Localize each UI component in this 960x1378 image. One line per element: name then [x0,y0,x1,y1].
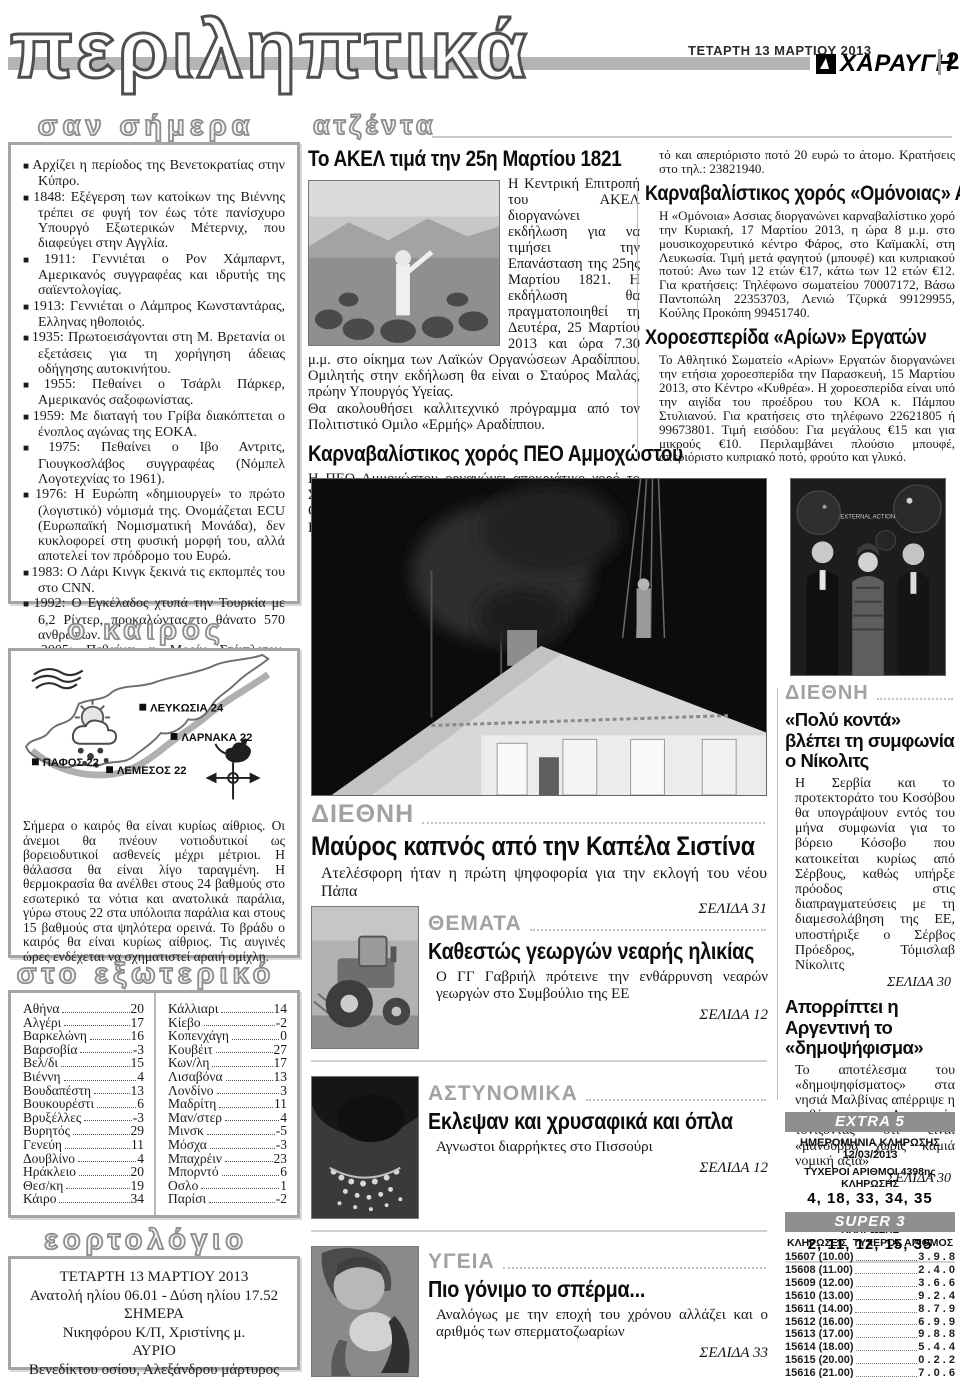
page-number-divider [938,49,941,75]
city-temp: 15 [131,1056,145,1070]
nameday-line: Ανατολή ηλίου 06.01 - Δύση ηλίου 17.52 [11,1287,297,1306]
ygeia-section: ΥΓΕΙΑ Πιο γόνιμο το σπέρμα... Αναλόγως μ… [428,1250,768,1362]
feature-headline: Καθεστώς γεωργών νεαρής ηλικίας [428,938,768,965]
dot-leader [94,1084,129,1095]
page-reference: ΣΕΛΙΔΑ 12 [428,1007,768,1024]
city-name: Λονδίνο [168,1084,214,1098]
city-name: Μινσκ [168,1124,204,1138]
nameday-line: Νικηφόρου Κ/Π, Χριστίνης μ. [11,1324,297,1343]
dot-leader [221,1002,272,1013]
dotted-rule [422,822,765,824]
page-number-box: 2 [938,48,959,76]
dot-leader [80,1043,131,1054]
article-headline: Χοροεσπερίδα «Αρίων» Εργατών [645,326,955,350]
feature-subtitle: Ατελέσφορη ήταν η πρώτη ψηφοφορία για τη… [311,865,767,901]
photo-sistine-chapel-smoke [311,478,767,796]
temperature-row: Δουβλίνο4 [23,1152,144,1166]
dot-leader [226,1070,273,1081]
super3-row: 15615 (20.00)0 . 2 . 2 [785,1354,955,1367]
city-temp: 20 [131,1002,145,1016]
nameday-line: ΑΥΡΙΟ [11,1342,297,1361]
section-label: ΥΓΕΙΑ [428,1250,495,1274]
dotted-rule [530,929,766,931]
list-item-text: 1983: Ο Λάρι Κινγκ ξεκινά τις εκπομπές τ… [31,565,285,596]
city-name: Κουβέιτ [168,1043,213,1057]
temperature-row: Αλγέρι17 [23,1016,144,1030]
draw-id: 15608 (11.00) [785,1264,853,1277]
dot-leader [201,1179,279,1190]
list-item: ■1983: Ο Λάρι Κινγκ ξεκινά τις εκπομπές … [23,565,285,597]
temperature-row: Λονδίνο3 [168,1084,287,1098]
city-temp: 29 [131,1124,145,1138]
temperature-row: Μπαχρέιν23 [168,1152,287,1166]
list-item-text: 1976: Η Ευρώπη «δημιουργεί» το πρώτο (λο… [35,487,285,564]
agenda-rule [432,136,952,138]
page-reference: ΣΕΛΙΔΑ 12 [428,1160,768,1177]
abroad-column-2: Κάλλιαρι14 Κίεβο-2 Κοπενχάγη0 Κουβέιτ27 … [154,993,297,1215]
city-temp: 13 [274,1070,288,1084]
city-temp: 3 [280,1084,287,1098]
draw-number: 5 . 4 . 4 [918,1341,955,1354]
city-name: Δουβλίνο [23,1152,75,1166]
city-name: Κοπενχάγη [168,1029,229,1043]
city-temp: 0 [280,1029,287,1043]
city-name: Ηράκλειο [23,1165,76,1179]
namedays-box: ΤΕΤΑΡΤΗ 13 ΜΑΡΤΙΟΥ 2013 Ανατολή ηλίου 06… [8,1256,300,1370]
super3-row: 15609 (12.00)3 . 6 . 6 [785,1277,955,1290]
temperature-row: Βαρκελώνη16 [23,1029,144,1043]
city-temp: -2 [276,1016,287,1030]
diethni-main-section: ΔΙΕΘΝΗ Μαύρος καπνός από την Καπέλα Σιστ… [311,800,767,918]
namedays-title: εορτολόγιο [0,1224,292,1257]
article-headline: Καρναβαλίστικος χορός ΠΕΟ Αμμοχώστου [308,441,640,467]
section-kicker-row: ΥΓΕΙΑ [428,1250,768,1274]
city-name: Μαδρίτη [168,1097,216,1111]
article-body: Η «Ομόνοια» Ασσιας διοργανώνει καρναβαλί… [645,209,955,320]
temperature-row: Λισαβόνα13 [168,1070,287,1084]
list-item: ■Αρχίζει η περίοδος της Βενετοκρατίας στ… [23,158,285,190]
super3-col-number: ΤΥΧΕΡΟΣ ΑΡΙΘΜΟΣ [853,1237,953,1249]
city-name: Κων/λη [168,1056,209,1070]
dot-leader [65,1138,130,1149]
dot-leader [856,1354,918,1364]
city-temp: 20 [131,1165,145,1179]
draw-id: 15616 (21.00) [785,1367,854,1378]
dot-leader [84,1111,132,1122]
city-temp: 1 [280,1179,287,1193]
list-item: ■1976: Η Ευρώπη «δημιουργεί» το πρώτο (λ… [23,487,285,564]
photo-tractor-field [311,906,419,1049]
page-reference: ΣΕΛΙΔΑ 30 [785,975,951,991]
draw-id: 15614 (18.00) [785,1341,854,1354]
super3-row: 15607 (10.00)3 . 9 . 8 [785,1251,955,1264]
bullet-square-icon: ■ [23,380,42,391]
dot-leader [62,1002,129,1013]
super3-table-header: ΚΛΗΡΩΣΕΙΣ ΤΥΧΕΡΟΣ ΑΡΙΘΜΟΣ [787,1237,953,1249]
draw-id: 15607 (10.00) [785,1251,854,1264]
draw-number: 9 . 2 . 4 [918,1290,955,1303]
city-temp: 4 [137,1152,144,1166]
photo-stolen-jewelry [311,1076,419,1219]
city-temp: 11 [131,1138,144,1152]
super3-table: 15607 (10.00)3 . 9 . 8 15608 (11.00)2 . … [785,1251,955,1378]
draw-number: 9 . 8 . 8 [918,1328,955,1341]
section-label: ΘΕΜΑΤΑ [428,912,522,936]
draw-number: 0 . 2 . 2 [918,1354,955,1367]
bullet-square-icon: ■ [23,568,29,579]
section-kicker-row: ΔΙΕΘΝΗ [785,682,955,705]
list-item-text: 1935: Πρωτοεισάγονται στη Μ. Βρετανία οι… [32,330,285,377]
section-divider [311,1230,767,1232]
wind-icon [32,669,83,688]
super3-row: 15613 (17.00)9 . 8 . 8 [785,1328,955,1341]
dot-leader [66,1179,129,1190]
draw-id: 15611 (14.00) [785,1303,853,1316]
draw-number: 3 . 6 . 6 [918,1277,955,1290]
column-rule [637,188,638,460]
city-temp: 19 [131,1179,145,1193]
city-label-limassol: ΛΕΜΕΣΟΣ 22 [117,765,187,777]
list-item: ■1975: Πεθαίνει ο Ιβο Αντριτς, Γιουγκοσλ… [23,440,285,487]
city-name: Κίεβο [168,1016,201,1030]
dot-leader [217,1084,280,1095]
city-marker [139,704,146,711]
bullet-square-icon: ■ [23,412,31,423]
newspaper-page: περιληπτικά ΤΕΤΑΡΤΗ 13 ΜΑΡΤΙΟΥ 2013 ΧΑΡΑ… [0,0,960,1378]
list-item: ■1959: Με διαταγή του Γρίβα διακόπτεται … [23,409,285,441]
temperature-row: Κουβέιτ27 [168,1043,287,1057]
agenda-title: ατζέντα [313,110,436,141]
cyprus-weather-map: ΛΕΥΚΩΣΙΑ 24 ΛΑΡΝΑΚΑ 22 ΠΑΦΟΣ 22 ΛΕΜΕΣΟΣ … [14,653,294,817]
temperature-row: Γενεύη11 [23,1138,144,1152]
feature-text: Αναλόγως με την εποχή του χρόνου αλλάζει… [428,1307,768,1341]
dot-leader [64,1016,129,1027]
temperature-row: Βυρητός29 [23,1124,144,1138]
super3-row: 15610 (13.00)9 . 2 . 4 [785,1290,955,1303]
city-name: Μόσχα [168,1138,207,1152]
extra5-title-bar: EXTRA 5 [785,1112,955,1132]
city-name: Βουκουρέστι [23,1097,94,1111]
list-item: ■1911: Γεννιέται ο Ρον Χάμπαρντ, Αμερικα… [23,252,285,299]
dot-leader [219,1097,273,1108]
list-item: ■1848: Εξέγερση των κατοίκων της Βιέννης… [23,190,285,252]
temperature-row: Μαν/στερ4 [168,1111,287,1125]
temperature-row: Κάιρο34 [23,1192,144,1206]
dot-leader [73,1124,129,1135]
city-name: Αθήνα [23,1002,59,1016]
city-temp: 6 [137,1097,144,1111]
temperature-row: Παρίσι-2 [168,1192,287,1206]
article-body: Το Αθλητικό Σωματείο «Αρίων» Εργατών διο… [645,353,955,464]
bullet-square-icon: ■ [23,302,31,313]
feature-text: Η Σερβία και το προτεκτοράτο του Κοσόβου… [785,776,955,974]
page-number: 2 [946,48,959,76]
dot-leader [856,1290,918,1300]
dot-leader [855,1264,917,1274]
temperature-row: Μαδρίτη11 [168,1097,287,1111]
dot-leader [90,1029,130,1040]
draw-id: 15613 (17.00) [785,1328,854,1341]
page-reference: ΣΕΛΙΔΑ 33 [428,1345,768,1362]
city-name: Παρίσι [168,1192,206,1206]
city-name: Αλγέρι [23,1016,61,1030]
article-paragraph: Θα ακολουθήσει καλλιτεχνικό πρόγραμμα απ… [308,401,640,433]
feature-text: Ο ΓΓ Γαβριήλ πρότεινε την ενθάρρυνση νεα… [428,969,768,1003]
dot-leader [216,1043,273,1054]
city-temp: 6 [280,1165,287,1179]
section-label: ΑΣΤΥΝΟΜΙΚΑ [428,1082,578,1106]
dot-leader [222,1165,280,1176]
city-name: Βυρητός [23,1124,70,1138]
dot-leader [210,1138,275,1149]
weather-forecast-text: Σήμερα ο καιρός θα είναι κυρίως αίθριος.… [11,817,297,964]
temperature-row: Βρυξέλλες-3 [23,1111,144,1125]
dot-leader [78,1152,136,1163]
dot-leader [97,1097,136,1108]
article-body: Η Κεντρική Επιτροπή του ΑΚΕΛ διοργανώνει… [308,176,640,433]
list-item-text: 1975: Πεθαίνει ο Ιβο Αντριτς, Γιουγκοσλά… [38,440,285,487]
city-temp: 4 [280,1111,287,1125]
temperature-row: Βουδαπέστη13 [23,1084,144,1098]
city-temp: -3 [276,1138,287,1152]
dot-leader [59,1192,129,1203]
list-item-text: Αρχίζει η περίοδος της Βενετοκρατίας στη… [32,158,285,189]
dot-leader [79,1165,130,1176]
city-marker [32,758,39,765]
temperature-row: Βιέννη4 [23,1070,144,1084]
city-name: Βρυξέλλες [23,1111,81,1125]
brand-name: ΧΑΡΑΥΓΗ [840,50,953,78]
temperature-row: Βουκουρέστι6 [23,1097,144,1111]
section-divider [311,1060,767,1062]
extra5-draw-date: ΗΜΕΡΟΜΗΝΙΑ ΚΛΗΡΩΣΗΣ 12/03/2013 [785,1137,955,1161]
list-item: ■1935: Πρωτοεισάγονται στη Μ. Βρετανία ο… [23,330,285,377]
dotted-rule [586,1099,766,1101]
draw-id: 15609 (12.00) [785,1277,854,1290]
dot-leader [212,1056,272,1067]
super3-row: 15611 (14.00)8 . 7 . 9 [785,1303,955,1316]
bullet-square-icon: ■ [23,333,30,344]
article-headline: Το ΑΚΕΛ τιμά την 25η Μαρτίου 1821 [308,146,640,172]
nameday-line: Βενεδίκτου οσίου, Αλεξάνδρου μάρτυρος [11,1361,297,1378]
draw-number: 8 . 7 . 9 [918,1303,955,1316]
list-item-text: 1955: Πεθαίνει ο Τσάρλι Πάρκερ, Αμερικαν… [38,377,285,408]
city-temp: -2 [276,1192,287,1206]
list-item-text: 1959: Με διαταγή του Γρίβα διακόπτεται ο… [33,409,285,440]
city-name: Μπορντό [168,1165,219,1179]
extra5-draw1-numbers: 4, 18, 33, 34, 35 [785,1190,955,1207]
feature-headline: Πιο γόνιμο το σπέρμα... [428,1276,768,1303]
section-kicker-row: ΔΙΕΘΝΗ [311,800,767,829]
temperature-row: Κίεβο-2 [168,1016,287,1030]
section-label: ΔΙΕΘΝΗ [785,682,869,705]
photo-1821-painting [308,180,500,346]
weather-title: ο καιρός [0,614,292,647]
bullet-square-icon: ■ [23,490,33,501]
abroad-temperatures-box: Αθήνα20 Αλγέρι17 Βαρκελώνη16 Βαρσοβία-3 … [8,990,300,1218]
city-temp: 34 [131,1192,145,1206]
on-this-day-title: σαν σήμερα [0,110,292,143]
dot-leader [209,1192,275,1203]
city-temp: 14 [274,1002,288,1016]
city-name: Βιέννη [23,1070,61,1084]
section-kicker-row: ΑΣΤΥΝΟΜΙΚΑ [428,1082,768,1106]
city-temp: 11 [274,1097,287,1111]
weathervane-rooster-icon [208,738,259,799]
themata-section: ΘΕΜΑΤΑ Καθεστώς γεωργών νεαρής ηλικίας Ο… [428,912,768,1024]
city-name: Οσλο [168,1179,198,1193]
dotted-rule [503,1267,766,1269]
city-name: Μπαχρέιν [168,1152,222,1166]
draw-number: 6 . 9 . 9 [918,1316,955,1329]
feature-headline: Απορρίπτει η Αργεντινή το «δημοψήφισμα» [785,997,955,1059]
newspaper-brand: ΧΑΡΑΥΓΗ [816,50,953,78]
temperature-row: Ηράκλειο20 [23,1165,144,1179]
city-name: Βαρκελώνη [23,1029,87,1043]
city-name: Λισαβόνα [168,1070,223,1084]
city-temp: -3 [133,1111,144,1125]
draw-id: 15615 (20.00) [785,1354,854,1367]
astynomika-section: ΑΣΤΥΝΟΜΙΚΑ Εκλεψαν και χρυσαφικά και όπλ… [428,1082,768,1177]
super3-title-bar: SUPER 3 [785,1212,955,1232]
super3-results: SUPER 3 ΚΛΗΡΩΣΕΙΣ ΤΥΧΕΡΟΣ ΑΡΙΘΜΟΣ 15607 … [785,1212,955,1378]
city-temp: 27 [274,1043,288,1057]
haravgi-logo-icon [816,54,836,74]
city-temp: 17 [131,1016,145,1030]
temperature-row: Βαρσοβία-3 [23,1043,144,1057]
bullet-square-icon: ■ [23,599,32,610]
city-name: Μαν/στερ [168,1111,222,1125]
list-item: ■1955: Πεθαίνει ο Τσάρλι Πάρκερ, Αμερικα… [23,377,285,409]
photo-couple [311,1246,419,1377]
section-label: ΔΙΕΘΝΗ [311,800,414,829]
city-name: Βελ/δι [23,1056,58,1070]
city-name: Γενεύη [23,1138,62,1152]
dot-leader [856,1316,918,1326]
city-temp: 4 [137,1070,144,1084]
city-label-nicosia: ΛΕΥΚΩΣΙΑ 24 [150,703,224,715]
temperature-row: Αθήνα20 [23,1002,144,1016]
city-name: Βουδαπέστη [23,1084,91,1098]
city-temp: 23 [274,1152,288,1166]
list-item-text: 1913: Γεννιέται ο Λάμπρος Κωνσταντάρας, … [33,299,285,330]
temperature-row: Μπορντό6 [168,1165,287,1179]
dot-leader [856,1251,918,1261]
dot-leader [856,1328,918,1338]
nameday-line: ΤΕΤΑΡΤΗ 13 ΜΑΡΤΙΟΥ 2013 [11,1268,297,1287]
draw-number: 7 . 0 . 6 [918,1367,955,1378]
list-item-text: 1848: Εξέγερση των κατοίκων της Βιέννης … [33,190,285,252]
city-temp: 17 [274,1056,288,1070]
city-name: Θεσ/κη [23,1179,63,1193]
city-name: Βαρσοβία [23,1043,77,1057]
draw-id: 15610 (13.00) [785,1290,854,1303]
temperature-row: Μινσκ-5 [168,1124,287,1138]
dot-leader [204,1016,275,1027]
section-kicker-row: ΘΕΜΑΤΑ [428,912,768,936]
city-temp: -3 [133,1043,144,1057]
super3-row: 15608 (11.00)2 . 4 . 0 [785,1264,955,1277]
draw-id: 15612 (16.00) [785,1316,854,1329]
dot-leader [225,1152,272,1163]
temperature-row: Θεσ/κη19 [23,1179,144,1193]
draw-number: 3 . 9 . 8 [918,1251,955,1264]
dot-leader [225,1111,279,1122]
list-item-text: 1911: Γεννιέται ο Ρον Χάμπαρντ, Αμερικαν… [38,252,285,299]
city-label-paphos: ΠΑΦΟΣ 22 [43,757,99,769]
temperature-row: Οσλο1 [168,1179,287,1193]
super3-row: 15614 (18.00)5 . 4 . 4 [785,1341,955,1354]
article-headline: Καρναβαλίστικος χορός «Ομόνοιας» Ασσιας [645,182,955,206]
bullet-square-icon: ■ [23,161,30,172]
city-name: Κάιρο [23,1192,56,1206]
section-logo: περιληπτικά [10,0,529,106]
dotted-rule [877,698,953,700]
dot-leader [856,1341,918,1351]
feature-text: Αγνωστοι διαρρήκτες στο Πισσούρι [428,1139,768,1156]
city-marker [171,733,178,740]
dot-leader [856,1277,918,1287]
column-rule [777,688,778,1100]
city-temp: 13 [131,1084,145,1098]
abroad-title: στο εξωτερικό [0,958,292,991]
city-marker [106,766,113,773]
dot-leader [61,1056,130,1067]
temperature-row: Κάλλιαρι14 [168,1002,287,1016]
dot-leader [232,1029,279,1040]
weather-box: ΛΕΥΚΩΣΙΑ 24 ΛΑΡΝΑΚΑ 22 ΠΑΦΟΣ 22 ΛΕΜΕΣΟΣ … [8,648,300,958]
dot-leader [207,1124,275,1135]
feature-headline: Εκλεψαν και χρυσαφικά και όπλα [428,1108,768,1135]
bullet-square-icon: ■ [23,193,31,204]
on-this-day-list: ■Αρχίζει η περίοδος της Βενετοκρατίας στ… [23,158,285,690]
list-item: ■1913: Γεννιέται ο Λάμπρος Κωνσταντάρας,… [23,299,285,331]
dot-leader [64,1070,137,1081]
city-temp: -5 [276,1124,287,1138]
nameday-line: ΣΗΜΕΡΑ [11,1305,297,1324]
temperature-row: Μόσχα-3 [168,1138,287,1152]
agenda-right-column: τό και απεριόριστο ποτό 20 ευρώ το άτομο… [645,148,955,464]
temperature-row: Κοπενχάγη0 [168,1029,287,1043]
draw-number: 2 . 4 . 0 [918,1264,955,1277]
super3-row: 15612 (16.00)6 . 9 . 9 [785,1316,955,1329]
photo-officials-meeting: EXTERNAL ACTION [790,478,946,676]
on-this-day-box: ■Αρχίζει η περίοδος της Βενετοκρατίας στ… [8,142,300,604]
article-continuation: τό και απεριόριστο ποτό 20 ευρώ το άτομο… [645,148,955,176]
city-temp: 16 [131,1029,145,1043]
super3-row: 15616 (21.00)7 . 0 . 6 [785,1367,955,1378]
temperature-row: Κων/λη17 [168,1056,287,1070]
feature-headline: «Πολύ κοντά» βλέπει τη συμφωνία ο Νίκολι… [785,710,955,772]
city-name: Κάλλιαρι [168,1002,218,1016]
super3-col-draws: ΚΛΗΡΩΣΕΙΣ [787,1237,847,1249]
abroad-column-1: Αθήνα20 Αλγέρι17 Βαρκελώνη16 Βαρσοβία-3 … [11,993,154,1215]
bullet-square-icon: ■ [23,443,46,454]
city-label-larnaca: ΛΑΡΝΑΚΑ 22 [181,732,252,744]
temperature-row: Βελ/δι15 [23,1056,144,1070]
feature-headline: Μαύρος καπνός από την Καπέλα Σιστίνα [311,831,767,862]
bullet-square-icon: ■ [23,255,42,266]
photo-backdrop-text: EXTERNAL ACTION [840,515,895,521]
dot-leader [855,1303,917,1313]
extra5-draw1-label: ΤΥΧΕΡΟΙ ΑΡΙΘΜΟΙ 4398ης ΚΛΗΡΩΣΗΣ [785,1166,955,1190]
dot-leader [856,1367,918,1377]
